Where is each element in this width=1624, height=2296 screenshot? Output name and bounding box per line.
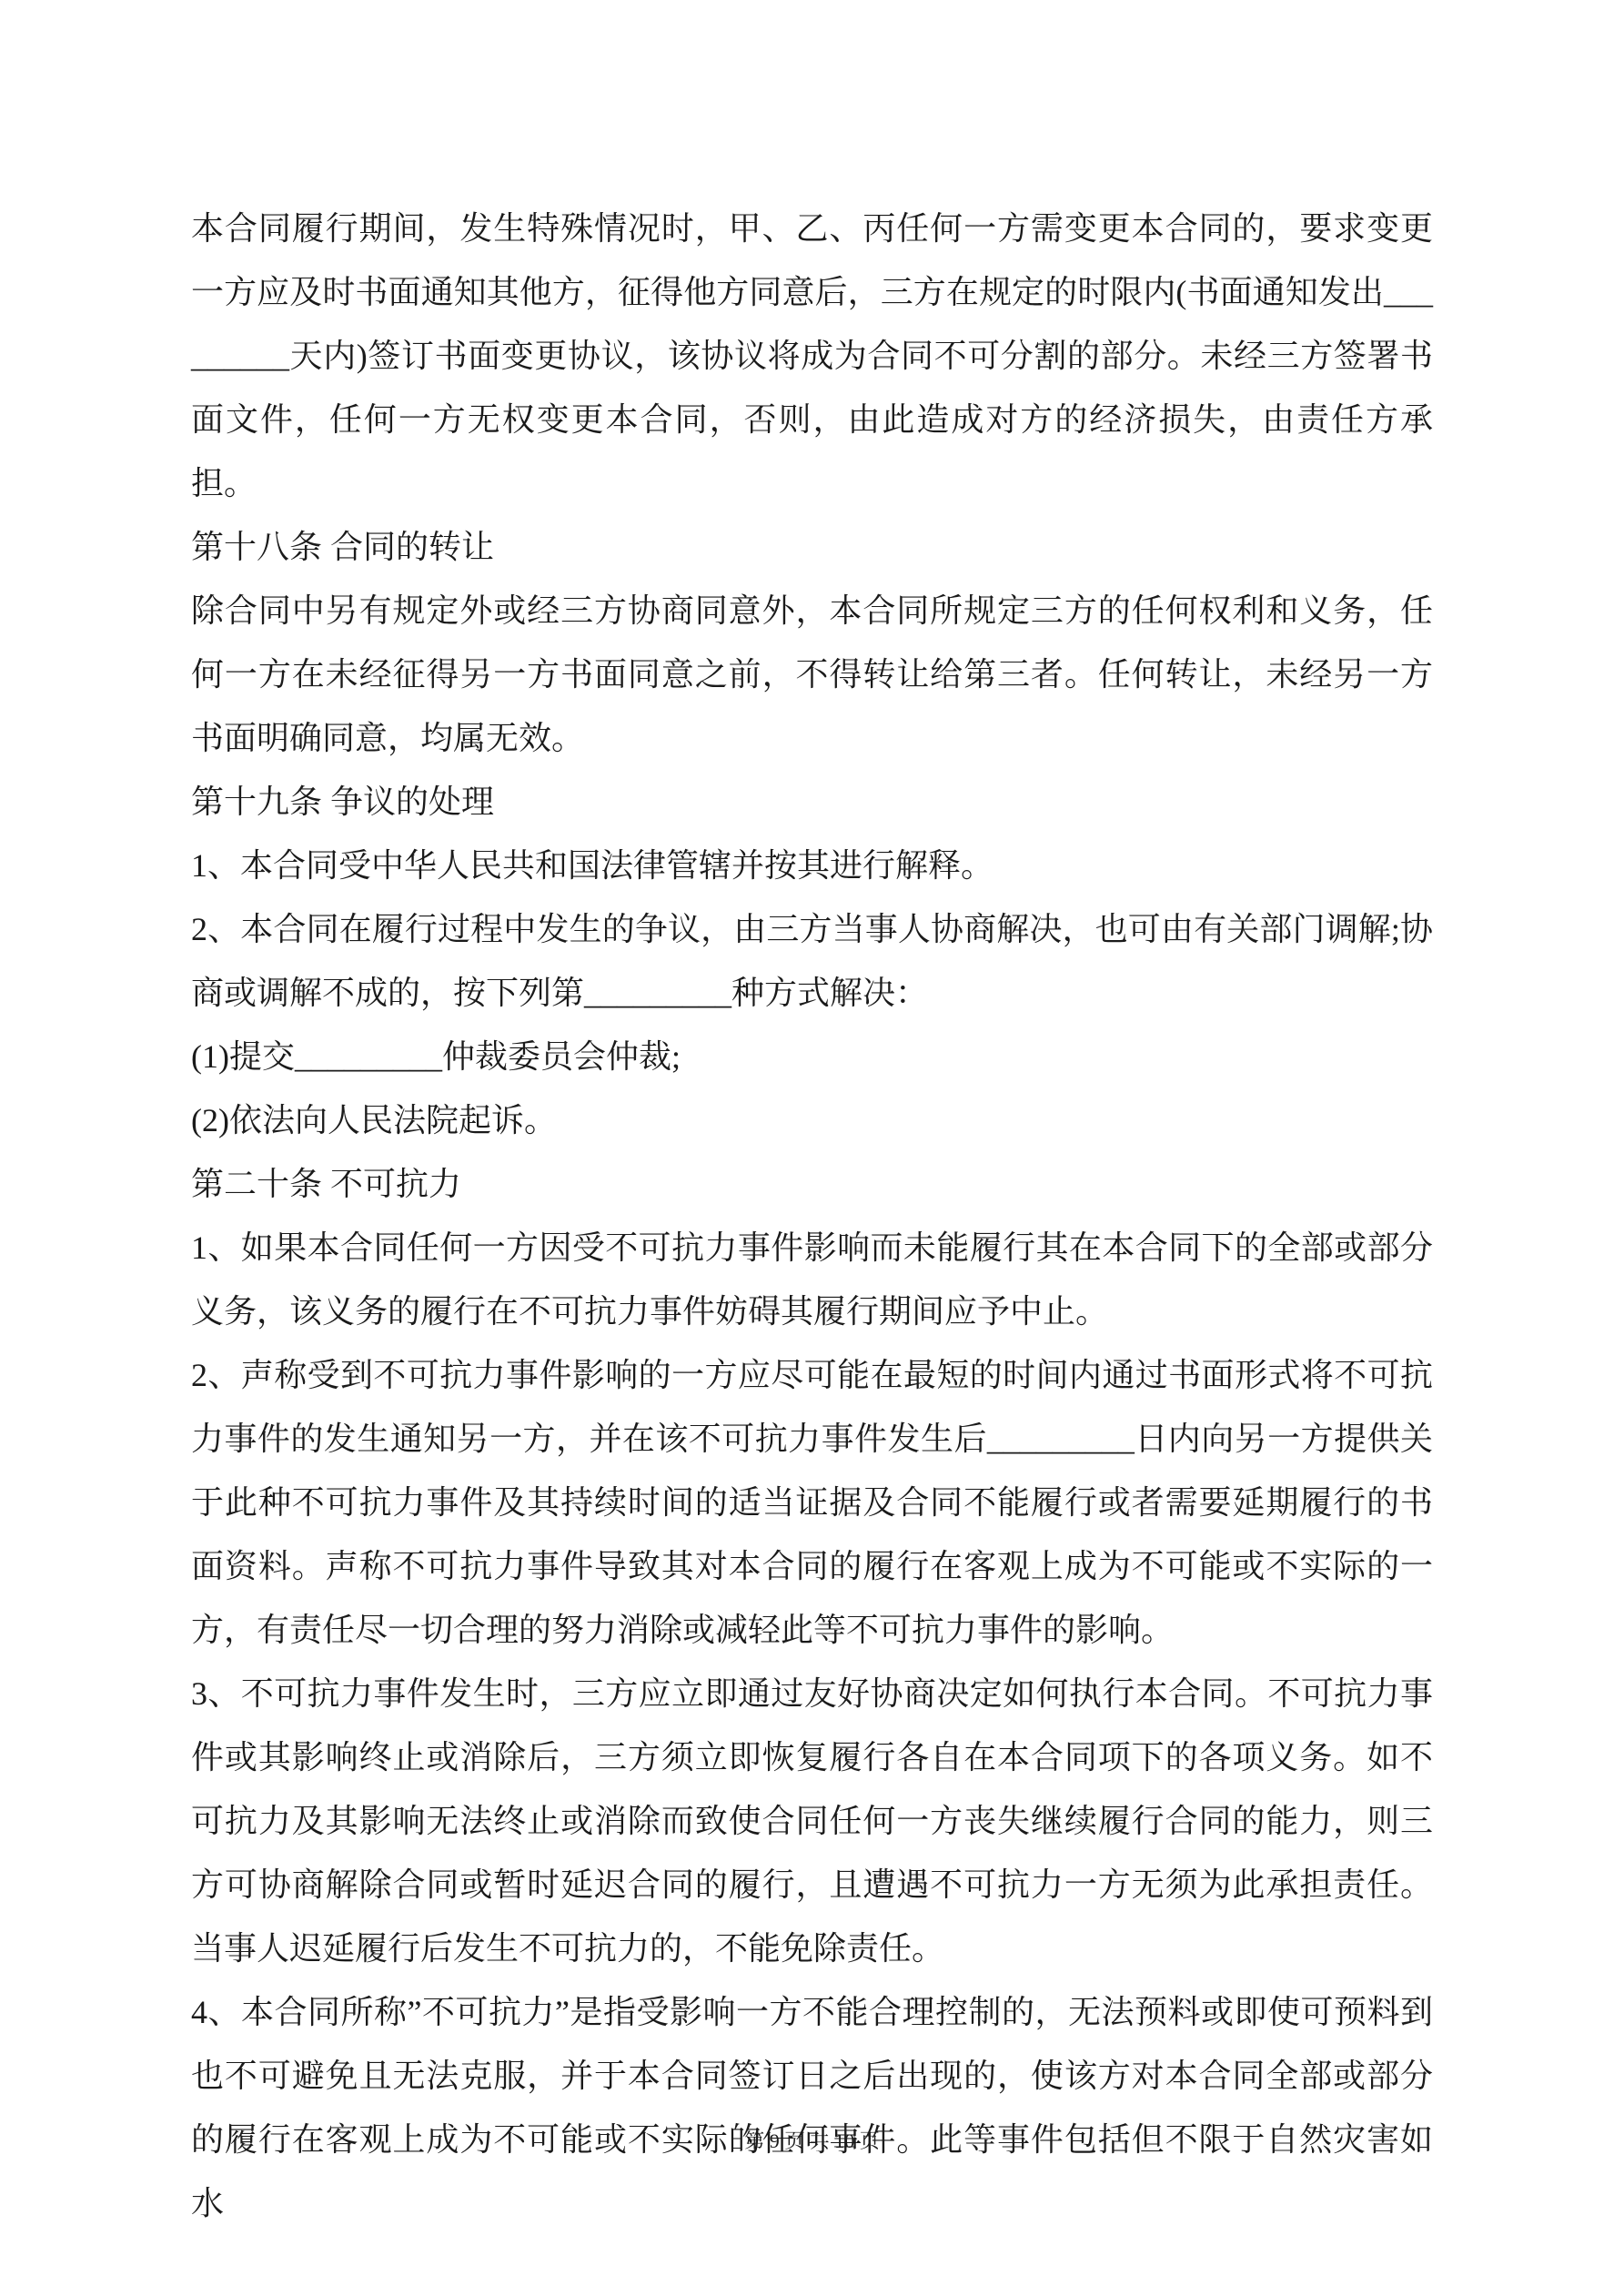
para-clause-18-body: 除合同中另有规定外或经三方协商同意外，本合同所规定三方的任何权利和义务，任何一方… [191,579,1433,770]
page-number: 第 9 页 共 10 页 [744,2129,880,2152]
para-clause-20-item-1: 1、如果本合同任何一方因受不可抗力事件影响而未能履行其在本合同下的全部或部分义务… [191,1216,1433,1343]
para-clause-19-item-1: 1、本合同受中华人民共和国法律管辖并按其进行解释。 [191,834,1433,897]
para-clause-20-item-3: 3、不可抗力事件发生时，三方应立即通过友好协商决定如何执行本合同。不可抗力事件或… [191,1662,1433,1980]
para-contract-amendment: 本合同履行期间，发生特殊情况时，甲、乙、丙任何一方需变更本合同的，要求变更一方应… [191,197,1433,515]
contract-document-page: 本合同履行期间，发生特殊情况时，甲、乙、丙任何一方需变更本合同的，要求变更一方应… [0,0,1624,2296]
heading-clause-20-force-majeure: 第二十条 不可抗力 [191,1152,1433,1216]
heading-clause-19-disputes: 第十九条 争议的处理 [191,770,1433,834]
para-clause-19-option-arbitration: (1)提交_________仲裁委员会仲裁; [191,1025,1433,1088]
para-clause-20-item-2: 2、声称受到不可抗力事件影响的一方应尽可能在最短的时间内通过书面形式将不可抗力事… [191,1343,1433,1662]
page-footer: 第 9 页 共 10 页 [0,2128,1624,2155]
para-clause-19-option-court: (2)依法向人民法院起诉。 [191,1088,1433,1152]
para-clause-19-item-2: 2、本合同在履行过程中发生的争议，由三方当事人协商解决，也可由有关部门调解;协商… [191,897,1433,1025]
contract-body: 本合同履行期间，发生特殊情况时，甲、乙、丙任何一方需变更本合同的，要求变更一方应… [191,197,1433,2235]
heading-clause-18-transfer: 第十八条 合同的转让 [191,515,1433,579]
para-clause-20-item-4: 4、本合同所称”不可抗力”是指受影响一方不能合理控制的，无法预料或即使可预料到也… [191,1980,1433,2235]
